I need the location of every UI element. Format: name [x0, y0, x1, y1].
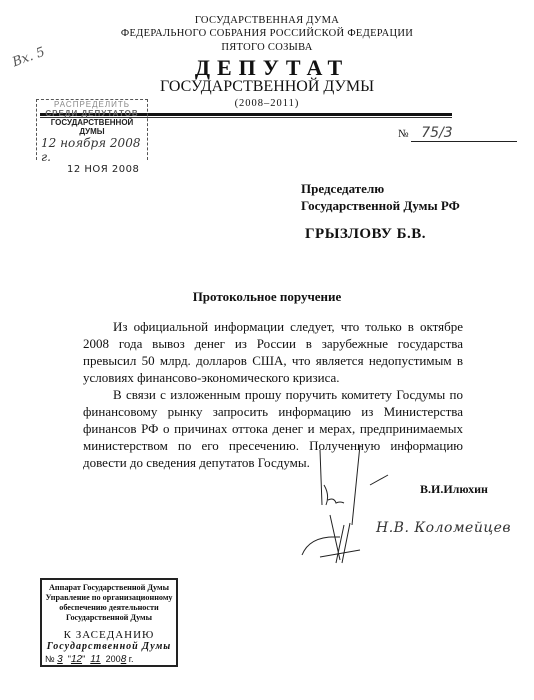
- document-title: Протокольное поручение: [0, 289, 534, 305]
- number-value: 75/3: [411, 125, 517, 142]
- addressee-name: ГРЫЗЛОВУ Б.В.: [305, 226, 426, 243]
- stamp-num-label: №: [45, 654, 55, 664]
- stamp-day: 12: [71, 654, 82, 665]
- addressee-position: Председателю: [301, 180, 460, 197]
- signer-name: В.И.Илюхин: [420, 482, 488, 497]
- header-org-line3: ПЯТОГО СОЗЫВА: [0, 42, 534, 53]
- registration-stamp: РАСПРЕДЕЛИТЬ СРЕДИ ДЕПУТАТОВ ГОСУДАРСТВЕ…: [36, 99, 148, 160]
- header-subtitle: ГОСУДАРСТВЕННОЙ ДУМЫ: [0, 78, 534, 96]
- number-label: №: [398, 128, 409, 140]
- session-stamp: Аппарат Государственной Думы Управление …: [40, 578, 178, 667]
- stamp-org-line4: Государственной Думы: [42, 613, 176, 623]
- stamp-org-line2: Управление по организационному: [42, 593, 176, 603]
- document-number: № 75/3: [398, 125, 518, 142]
- stamp-heading: К ЗАСЕДАНИЮ: [42, 629, 176, 641]
- stamp-session-date: № 3 "12" 11 2008 г.: [42, 654, 176, 665]
- header-org-line2: ФЕДЕРАЛЬНОГО СОБРАНИЯ РОССИЙСКОЙ ФЕДЕРАЦ…: [0, 28, 534, 39]
- body-paragraph-1: Из официальной информации следует, что т…: [83, 318, 463, 386]
- stamp-line1: РАСПРЕДЕЛИТЬ: [37, 100, 147, 109]
- cosigner-handwritten: Н.В. Коломейцев: [376, 520, 511, 536]
- stamp-year-suffix: 8: [121, 654, 127, 665]
- body-paragraph-2: В связи с изложенным прошу поручить коми…: [83, 386, 463, 471]
- stamp-year-end: г.: [129, 654, 134, 664]
- stamp-date: 12 НОЯ 2008: [37, 164, 147, 175]
- body-text: Из официальной информации следует, что т…: [83, 318, 463, 471]
- stamp-month: 11: [90, 654, 100, 665]
- stamp-line2: СРЕДИ ДЕПУТАТОВ: [37, 109, 147, 118]
- stamp-handwritten-date: 12 ноября 2008 г.: [37, 136, 147, 164]
- addressee-block: Председателю Государственной Думы РФ: [301, 180, 460, 214]
- addressee-organization: Государственной Думы РФ: [301, 197, 460, 214]
- stamp-org-line1: Аппарат Государственной Думы: [42, 583, 176, 593]
- stamp-year-prefix: 200: [106, 654, 121, 664]
- header-org-line1: ГОСУДАРСТВЕННАЯ ДУМА: [0, 15, 534, 26]
- stamp-subheading: Государственной Думы: [42, 641, 176, 652]
- stamp-org-line3: обеспечению деятельности: [42, 603, 176, 613]
- signature-graphic: [300, 445, 390, 565]
- stamp-num-value: 3: [57, 654, 63, 665]
- stamp-line3: ГОСУДАРСТВЕННОЙ ДУМЫ: [37, 118, 147, 136]
